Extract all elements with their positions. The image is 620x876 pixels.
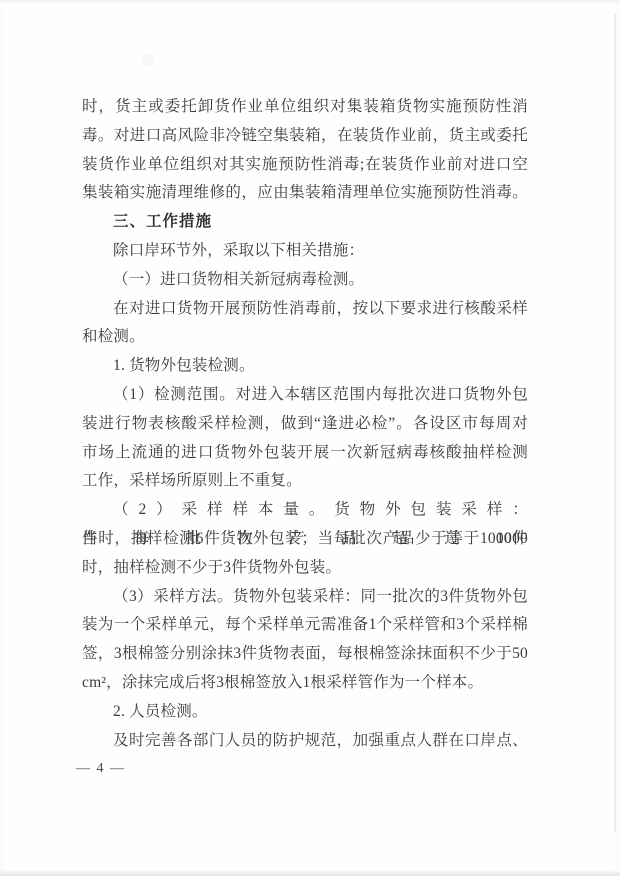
scan-smudge xyxy=(141,53,155,66)
body-line: 和检测。 xyxy=(82,323,528,352)
body-line: cm²，涂抹完成后将3根棉签放入1根采样管作为一个样本。 xyxy=(82,669,528,698)
body-line: 装货作业单位组织对其实施预防性消毒;在装货作业前对进口空 xyxy=(82,151,528,180)
document-text-block: 时，货主或委托卸货作业单位组织对集装箱货物实施预防性消 毒。对进口高风险非冷链空… xyxy=(82,93,528,755)
body-line: （3）采样方法。货物外包装采样：同一批次的3件货物外包 xyxy=(82,583,528,612)
body-line: 装为一个采样单元，每个采样单元需准备1个采样管和3个采样棉 xyxy=(82,611,528,640)
item-heading-package-testing: 1. 货物外包装检测。 xyxy=(82,352,528,381)
scan-edge-line xyxy=(614,14,616,832)
subsection-heading-import-goods-testing: （一）进口货物相关新冠病毒检测。 xyxy=(82,266,528,295)
body-line: （2）采样样本量。货物外包装采样：当每批次产品超过1000 xyxy=(82,496,528,525)
body-line: （1）检测范围。对进入本辖区范围内每批次进口货物外包 xyxy=(82,381,528,410)
scan-edge-bottom xyxy=(0,870,620,876)
section-heading-work-measures: 三、工作措施 xyxy=(82,208,528,237)
body-line: 在对进口货物开展预防性消毒前，按以下要求进行核酸采样 xyxy=(82,295,528,324)
scan-edge-top xyxy=(0,0,620,3)
body-line: 时，货主或委托卸货作业单位组织对集装箱货物实施预防性消 xyxy=(82,93,528,122)
body-line: 毒。对进口高风险非冷链空集装箱，在装货作业前，货主或委托 xyxy=(82,122,528,151)
body-line: 工作，采样场所原则上不重复。 xyxy=(82,467,528,496)
page-number: — 4 — xyxy=(76,761,126,777)
body-line: 签，3根棉签分别涂抹3件货物表面，每根棉签涂抹面积不少于50 xyxy=(82,640,528,669)
body-line: 市场上流通的进口货物外包装开展一次新冠病毒核酸抽样检测 xyxy=(82,439,528,468)
body-line: 集装箱实施清理维修的，应由集装箱清理单位实施预防性消毒。 xyxy=(82,179,528,208)
body-line: 及时完善各部门人员的防护规范，加强重点人群在口岸点、 xyxy=(82,727,528,756)
body-line: 装进行物表核酸采样检测，做到“逢进必检”。各设区市每周对 xyxy=(82,410,528,439)
body-line: 件时，抽样检测6件货物外包装；当每批次产品少于等于1000件 xyxy=(82,525,528,554)
item-heading-personnel-testing: 2. 人员检测。 xyxy=(82,698,528,727)
body-line: 时，抽样检测不少于3件货物外包装。 xyxy=(82,554,528,583)
body-line: 除口岸环节外，采取以下相关措施： xyxy=(82,237,528,266)
scanned-document-page: 时，货主或委托卸货作业单位组织对集装箱货物实施预防性消 毒。对进口高风险非冷链空… xyxy=(0,0,620,876)
